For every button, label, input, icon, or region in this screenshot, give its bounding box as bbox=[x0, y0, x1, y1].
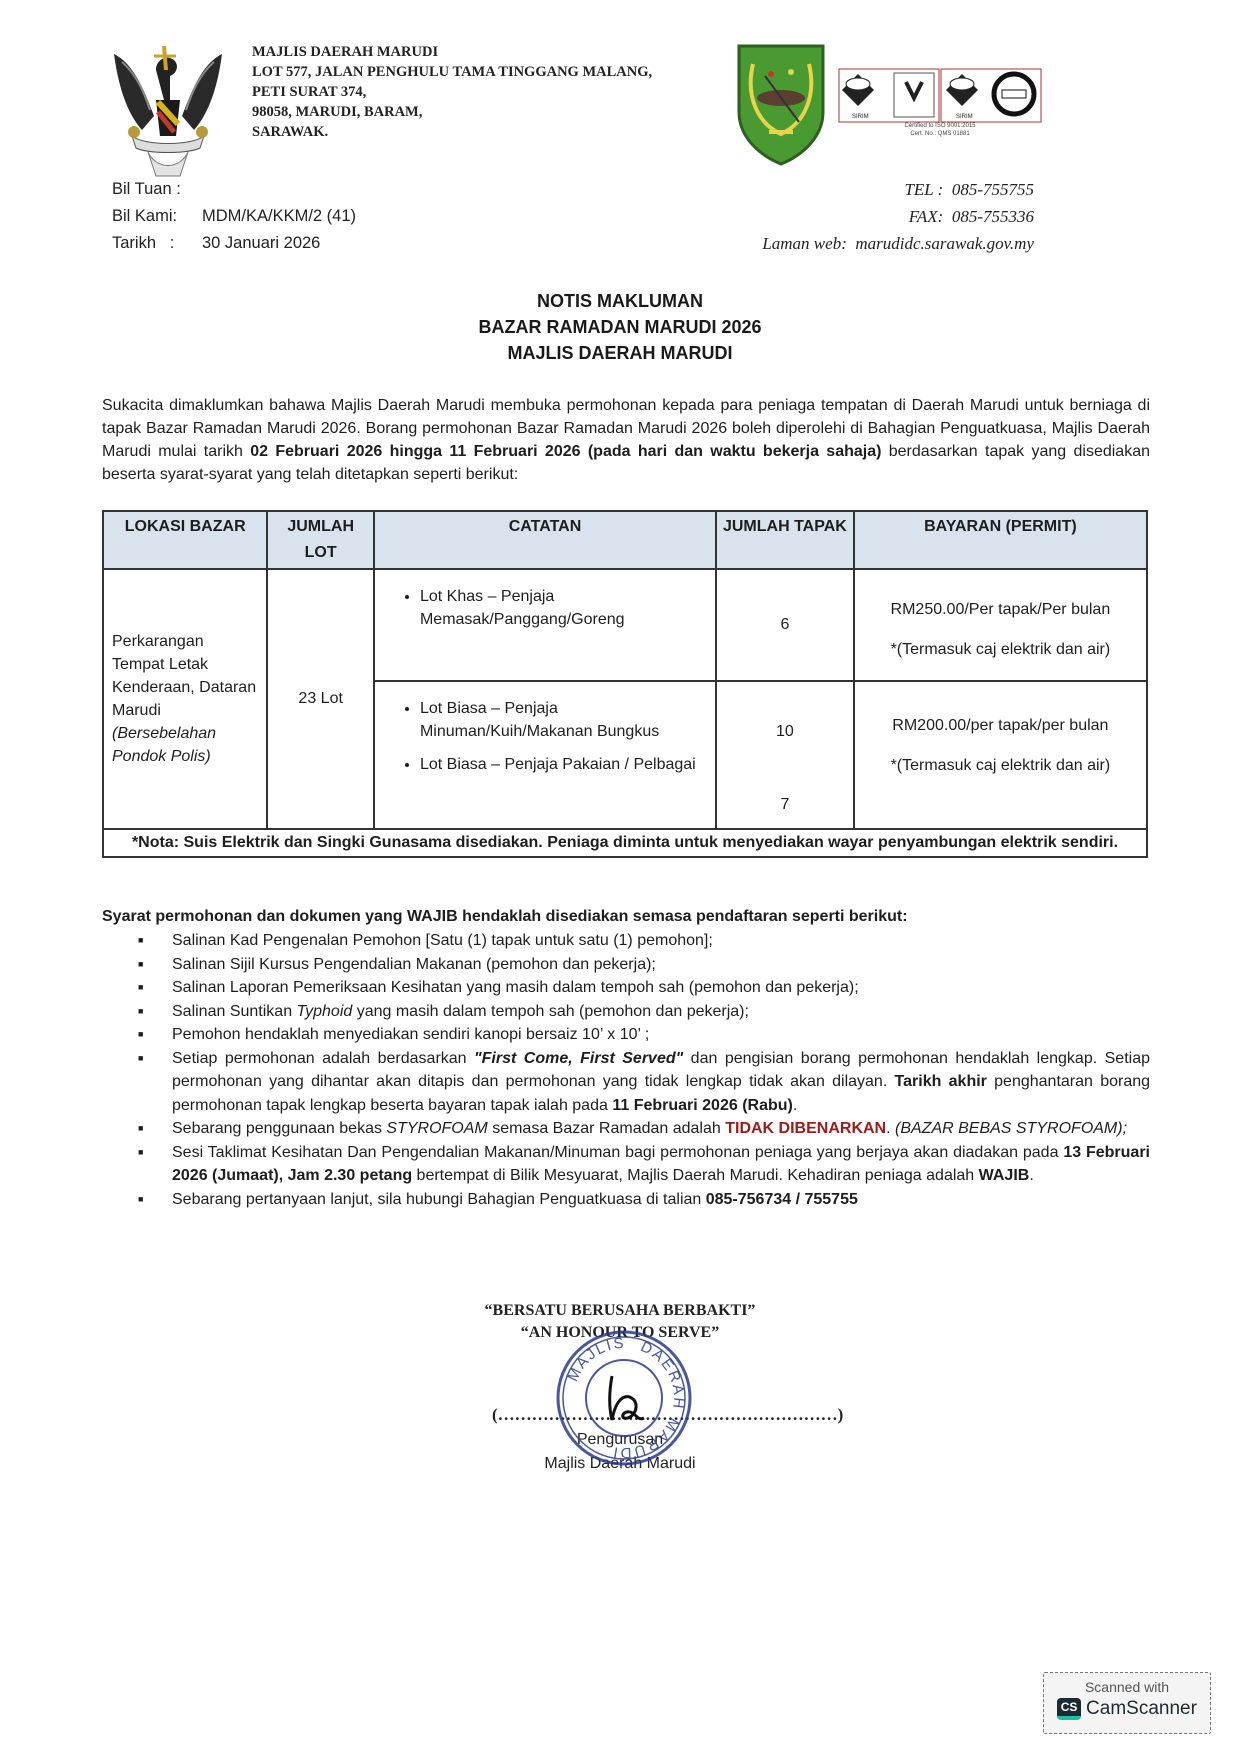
certification-caption: Certified to ISO 9001:2015 Cert. No.: QM… bbox=[838, 122, 1042, 138]
header-jumlah-lot: JUMLAH LOT bbox=[267, 511, 374, 569]
address-line: SARAWAK. bbox=[252, 122, 652, 142]
website: Laman web: marudidc.sarawak.gov.my bbox=[762, 230, 1034, 257]
tapak-count-cell: 6 bbox=[716, 569, 854, 681]
total-lot-cell: 23 Lot bbox=[267, 569, 374, 829]
org-name: MAJLIS DAERAH MARUDI bbox=[252, 42, 652, 62]
catatan-cell: Lot Biasa – Penjaja Minuman/Kuih/Makanan… bbox=[374, 681, 716, 829]
reference-block: Bil Tuan : Bil Kami: MDM/KA/KKM/2 (41) T… bbox=[112, 176, 356, 257]
header-lokasi: LOKASI BAZAR bbox=[103, 511, 267, 569]
list-item: Salinan Sijil Kursus Pengendalian Makana… bbox=[172, 953, 1150, 977]
address-line: PETI SURAT 374, bbox=[252, 82, 652, 102]
list-item: Setiap permohonan adalah berdasarkan "Fi… bbox=[172, 1047, 1150, 1118]
tarikh-row: Tarikh : 30 Januari 2026 bbox=[112, 230, 356, 257]
council-shield-logo bbox=[735, 42, 827, 168]
svg-text:SIRIM: SIRIM bbox=[852, 114, 869, 120]
fee-cell: RM250.00/Per tapak/Per bulan *(Termasuk … bbox=[854, 569, 1147, 681]
requirements-list: Salinan Kad Pengenalan Pemohon [Satu (1)… bbox=[102, 929, 1150, 1211]
requirements-section: Syarat permohonan dan dokumen yang WAJIB… bbox=[102, 905, 1150, 1211]
table-note-row: *Nota: Suis Elektrik dan Singki Gunasama… bbox=[103, 829, 1147, 857]
official-stamp-icon: MAJLIS DAERAH MARUDI bbox=[554, 1328, 694, 1468]
camscanner-watermark: Scanned with CS CamScanner bbox=[1043, 1672, 1211, 1734]
sarawak-crest-logo bbox=[104, 40, 232, 178]
lot-type-item: Lot Khas – Penjaja Memasak/Panggang/Gore… bbox=[420, 585, 706, 631]
bil-kami-row: Bil Kami: MDM/KA/KKM/2 (41) bbox=[112, 203, 356, 230]
lot-type-item: Lot Biasa – Penjaja Pakaian / Pelbagai bbox=[420, 753, 706, 776]
tel: TEL : 085-755755 bbox=[762, 176, 1034, 203]
list-item: Salinan Laporan Pemeriksaan Kesihatan ya… bbox=[172, 976, 1150, 1000]
address-line: 98058, MARUDI, BARAM, bbox=[252, 102, 652, 122]
requirements-heading: Syarat permohonan dan dokumen yang WAJIB… bbox=[102, 905, 1150, 929]
fax: FAX: 085-755336 bbox=[762, 203, 1034, 230]
table-note: *Nota: Suis Elektrik dan Singki Gunasama… bbox=[103, 829, 1147, 857]
lot-type-item: Lot Biasa – Penjaja Minuman/Kuih/Makanan… bbox=[420, 697, 706, 743]
fee-cell: RM200.00/per tapak/per bulan *(Termasuk … bbox=[854, 681, 1147, 829]
svg-text:MAJLIS: MAJLIS bbox=[564, 1335, 626, 1384]
address-line: LOT 577, JALAN PENGHULU TAMA TINGGANG MA… bbox=[252, 62, 652, 82]
list-item: Salinan Suntikan Typhoid yang masih dala… bbox=[172, 1000, 1150, 1024]
header-jumlah-tapak: JUMLAH TAPAK bbox=[716, 511, 854, 569]
tapak-count-cell: 10 7 bbox=[716, 681, 854, 829]
camscanner-logo-icon: CS bbox=[1057, 1698, 1081, 1720]
location-cell: Perkarangan Tempat Letak Kenderaan, Data… bbox=[103, 569, 267, 829]
svg-text:MARUDI: MARUDI bbox=[610, 1415, 682, 1461]
bil-tuan-row: Bil Tuan : bbox=[112, 176, 356, 203]
list-item: Sesi Taklimat Kesihatan Dan Pengendalian… bbox=[172, 1141, 1150, 1188]
notice-page: MAJLIS DAERAH MARUDI LOT 577, JALAN PENG… bbox=[0, 0, 1240, 1755]
table-header-row: LOKASI BAZAR JUMLAH LOT CATATAN JUMLAH T… bbox=[103, 511, 1147, 569]
signature-icon bbox=[610, 1376, 644, 1420]
list-item: Pemohon hendaklah menyediakan sendiri ka… bbox=[172, 1023, 1150, 1047]
intro-paragraph: Sukacita dimaklumkan bahawa Majlis Daera… bbox=[102, 394, 1150, 486]
svg-text:SIRIM: SIRIM bbox=[956, 114, 973, 120]
notice-title: NOTIS MAKLUMAN BAZAR RAMADAN MARUDI 2026… bbox=[0, 288, 1240, 366]
warning-text: TIDAK DIBENARKAN bbox=[725, 1120, 886, 1137]
list-item: Salinan Kad Pengenalan Pemohon [Satu (1)… bbox=[172, 929, 1150, 953]
bazar-lot-table: LOKASI BAZAR JUMLAH LOT CATATAN JUMLAH T… bbox=[102, 510, 1148, 858]
header-catatan: CATATAN bbox=[374, 511, 716, 569]
contact-block: TEL : 085-755755 FAX: 085-755336 Laman w… bbox=[762, 176, 1034, 257]
iso-certification-marks: SIRIM SIRIM bbox=[838, 68, 1042, 123]
table-row: Perkarangan Tempat Letak Kenderaan, Data… bbox=[103, 569, 1147, 681]
list-item: Sebarang penggunaan bekas STYROFOAM sema… bbox=[172, 1117, 1150, 1141]
organization-address: MAJLIS DAERAH MARUDI LOT 577, JALAN PENG… bbox=[252, 42, 652, 142]
list-item: Sebarang pertanyaan lanjut, sila hubungi… bbox=[172, 1188, 1150, 1212]
header-bayaran: BAYARAN (PERMIT) bbox=[854, 511, 1147, 569]
catatan-cell: Lot Khas – Penjaja Memasak/Panggang/Gore… bbox=[374, 569, 716, 681]
